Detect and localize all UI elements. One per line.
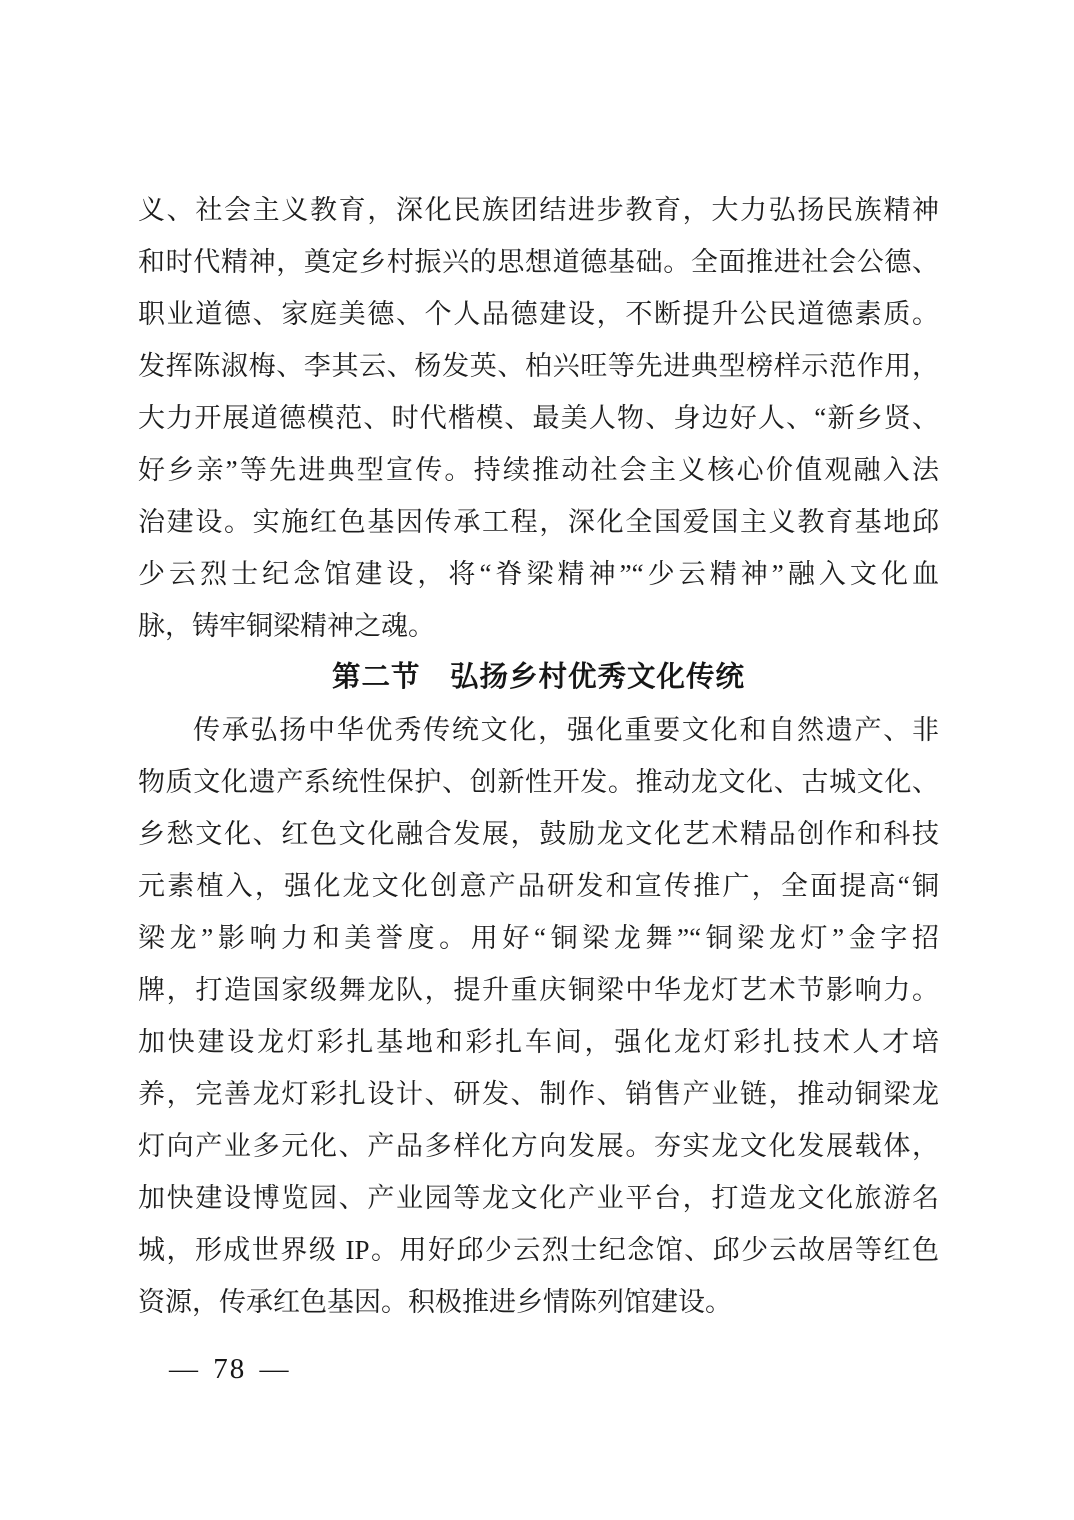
document-page: 义、社会主义教育，深化民族团结进步教育，大力弘扬民族精神 和时代精神，奠定乡村振…	[0, 0, 1074, 1520]
text-line: 传承弘扬中华优秀传统文化，强化重要文化和自然遗产、非	[138, 704, 939, 756]
text-line: 脉，铸牢铜梁精神之魂。	[138, 600, 939, 652]
text-block: 义、社会主义教育，深化民族团结进步教育，大力弘扬民族精神 和时代精神，奠定乡村振…	[138, 184, 939, 1328]
text-line: 资源，传承红色基因。积极推进乡情陈列馆建设。	[138, 1276, 939, 1328]
text-line: 物质文化遗产系统性保护、创新性开发。推动龙文化、古城文化、	[138, 756, 939, 808]
text-line: 少云烈士纪念馆建设，将“脊梁精神”“少云精神”融入文化血	[138, 548, 939, 600]
section-heading: 第二节 弘扬乡村优秀文化传统	[138, 652, 939, 704]
text-line: 加快建设博览园、产业园等龙文化产业平台，打造龙文化旅游名	[138, 1172, 939, 1224]
text-line: 好乡亲”等先进典型宣传。持续推动社会主义核心价值观融入法	[138, 444, 939, 496]
text-line: 牌，打造国家级舞龙队，提升重庆铜梁中华龙灯艺术节影响力。	[138, 964, 939, 1016]
paragraph-1: 义、社会主义教育，深化民族团结进步教育，大力弘扬民族精神 和时代精神，奠定乡村振…	[138, 184, 939, 652]
text-line: 和时代精神，奠定乡村振兴的思想道德基础。全面推进社会公德、	[138, 236, 939, 288]
text-line: 大力开展道德模范、时代楷模、最美人物、身边好人、“新乡贤、	[138, 392, 939, 444]
text-line: 城，形成世界级 IP。用好邱少云烈士纪念馆、邱少云故居等红色	[138, 1224, 939, 1276]
page-number: — 78 —	[169, 1347, 291, 1391]
paragraph-2: 传承弘扬中华优秀传统文化，强化重要文化和自然遗产、非 物质文化遗产系统性保护、创…	[138, 704, 939, 1328]
text-line: 元素植入，强化龙文化创意产品研发和宣传推广，全面提高“铜	[138, 860, 939, 912]
text-line: 乡愁文化、红色文化融合发展，鼓励龙文化艺术精品创作和科技	[138, 808, 939, 860]
text-line: 职业道德、家庭美德、个人品德建设，不断提升公民道德素质。	[138, 288, 939, 340]
text-line: 加快建设龙灯彩扎基地和彩扎车间，强化龙灯彩扎技术人才培	[138, 1016, 939, 1068]
text-line: 发挥陈淑梅、李其云、杨发英、柏兴旺等先进典型榜样示范作用，	[138, 340, 939, 392]
text-line: 灯向产业多元化、产品多样化方向发展。夯实龙文化发展载体，	[138, 1120, 939, 1172]
text-line: 治建设。实施红色基因传承工程，深化全国爱国主义教育基地邱	[138, 496, 939, 548]
text-line: 梁龙”影响力和美誉度。用好“铜梁龙舞”“铜梁龙灯”金字招	[138, 912, 939, 964]
text-line: 养，完善龙灯彩扎设计、研发、制作、销售产业链，推动铜梁龙	[138, 1068, 939, 1120]
text-line: 义、社会主义教育，深化民族团结进步教育，大力弘扬民族精神	[138, 184, 939, 236]
